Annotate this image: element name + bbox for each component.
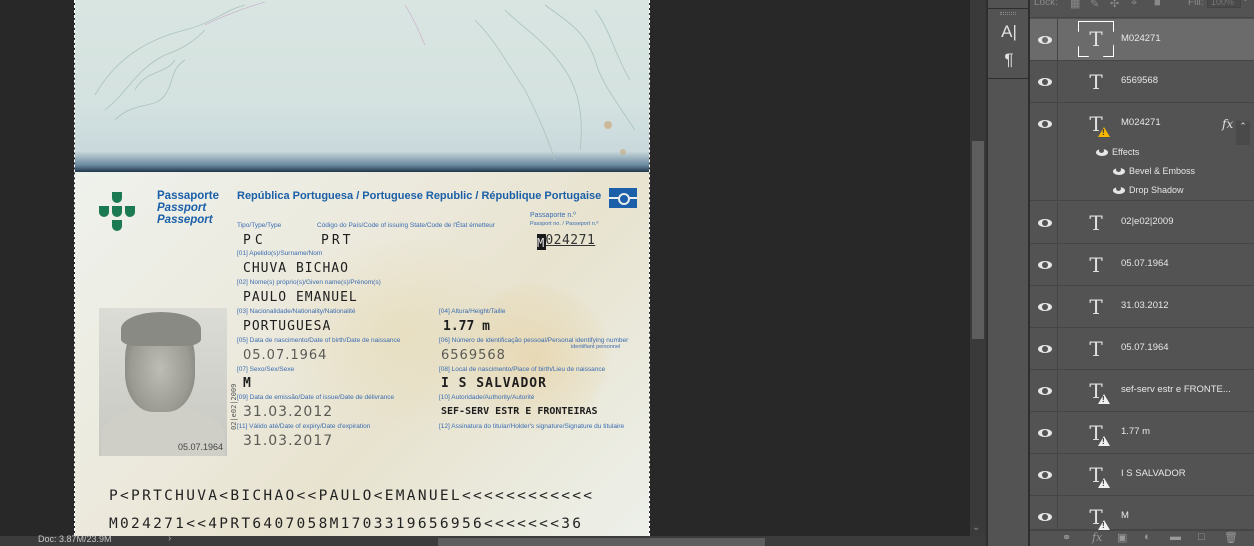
layer-name[interactable]: M024271 [1121, 117, 1161, 128]
lock-all-icon[interactable]: ■ [1154, 0, 1161, 9]
scroll-down-icon[interactable]: ⌄ [972, 522, 980, 533]
sex-value: M [243, 376, 252, 391]
divider [988, 8, 1028, 9]
pid-label: [06] Número de identificação pessoal/Per… [439, 337, 628, 344]
text-layer-icon: T [1086, 505, 1106, 529]
mrz-line-1: P<PRTCHUVA<BICHAO<<PAULO<EMANUEL<<<<<<<<… [109, 488, 594, 504]
dob-value: 05.07.1964 [243, 348, 327, 363]
layer-row[interactable]: T I S SALVADOR [1030, 454, 1254, 496]
layers-bottom-toolbar: ⚭ fx ▣ ◐ ▬ □ 🗑 [1030, 530, 1254, 546]
layer-name[interactable]: 02|e02|2009 [1121, 216, 1174, 227]
text-layer-icon: T [1086, 253, 1106, 277]
lock-transparent-pixels-icon[interactable]: ▦ [1070, 0, 1080, 10]
text-layer-icon: T [1078, 21, 1114, 57]
adjustment-icon[interactable]: ◐ [1144, 531, 1151, 543]
surname-value: CHUVA BICHAO [243, 261, 349, 276]
canvas-area[interactable]: Passaporte Passport Passeport República … [0, 0, 970, 536]
visibility-toggle[interactable] [1030, 61, 1058, 102]
title-pt: Passaporte [157, 190, 219, 202]
eye-icon[interactable] [1038, 219, 1052, 227]
canvas-vertical-scrollbar[interactable]: ⌄ [970, 0, 986, 536]
eye-icon[interactable] [1038, 345, 1052, 353]
floral-watermark [75, 0, 650, 172]
nationality-value: PORTUGUESA [243, 319, 331, 334]
drag-grip-icon[interactable] [1000, 12, 1016, 15]
layer-name[interactable]: I S SALVADOR [1121, 468, 1186, 479]
eye-icon[interactable] [1038, 78, 1052, 86]
dob-label: [05] Data de nascimento/Date of birth/Da… [237, 337, 400, 344]
layer-row[interactable]: T 02|e02|2009 [1030, 202, 1254, 244]
surname-label: [01] Apelido(s)/Surname/Nom [237, 250, 322, 257]
layer-row[interactable]: T 6569568 [1030, 61, 1254, 103]
authority-label: [10] Autoridade/Authority/Autorité [439, 394, 534, 401]
passport-no-label: Passaporte n.º [530, 212, 576, 219]
eye-icon[interactable] [1038, 471, 1052, 479]
eye-icon[interactable] [1038, 513, 1052, 521]
nationality-label: [03] Nacionalidade/Nationality/Nationali… [237, 308, 356, 315]
effects-label: Effects [1112, 147, 1139, 157]
authority-value: SEF-SERV ESTR E FRONTEIRAS [441, 406, 598, 417]
scrollbar-thumb[interactable] [972, 141, 984, 339]
fill-label: Fill: [1188, 0, 1204, 8]
fill-dropdown-icon[interactable]: ⌄ [1242, 0, 1254, 8]
passport-document[interactable]: Passaporte Passport Passeport República … [74, 0, 650, 536]
layers-panel: Lock: ▦ ✎ ✣ ⌖ ■ Fill: 100% ⌄ T M024271 T… [1030, 0, 1254, 546]
warning-icon [1098, 394, 1110, 404]
visibility-toggle[interactable] [1030, 370, 1058, 411]
type-value: PC [243, 233, 267, 248]
layer-row[interactable]: T sef-serv estr e FRONTE... [1030, 370, 1254, 412]
layer-row[interactable]: T 05.07.1964 [1030, 244, 1254, 286]
layer-row[interactable]: T M [1030, 496, 1254, 530]
vertical-number: 02|e02|2009 [230, 384, 238, 430]
title-fr: Passeport [157, 214, 219, 226]
layer-name[interactable]: 31.03.2012 [1121, 300, 1169, 311]
text-layer-icon: T [1086, 421, 1106, 445]
photoshop-window: Passaporte Passport Passeport República … [0, 0, 1254, 546]
passport-data-page: Passaporte Passport Passeport República … [75, 172, 649, 536]
eye-icon[interactable] [1038, 36, 1052, 44]
text-layer-icon: T [1086, 463, 1106, 487]
eye-icon[interactable] [1096, 149, 1108, 156]
passport-title: Passaporte Passport Passeport [157, 190, 219, 226]
new-layer-icon[interactable]: □ [1198, 531, 1205, 543]
title-en: Passport [157, 202, 219, 214]
visibility-toggle[interactable] [1030, 328, 1058, 369]
warning-icon [1098, 127, 1110, 137]
pob-label: [08] Local de nascimento/Place of birth/… [439, 366, 605, 373]
panel-dock-strip: A| ¶ [986, 0, 1030, 546]
warning-icon [1098, 520, 1110, 530]
visibility-toggle[interactable] [1030, 202, 1058, 243]
chip-symbol-icon [609, 188, 637, 208]
expiry-label: [11] Válido até/Date of expiry/Date d'ex… [237, 423, 370, 430]
fx-icon[interactable]: fx [1092, 531, 1102, 544]
status-menu-chevron-icon[interactable]: › [168, 533, 171, 544]
given-name-label: [02] Nome(s) próprio(s)/Given name(s)/Pr… [237, 279, 381, 286]
layer-row[interactable]: T 31.03.2012 [1030, 286, 1254, 328]
layer-name[interactable]: M024271 [1121, 33, 1161, 44]
given-name-value: PAULO EMANUEL [243, 290, 358, 305]
passport-no-sublabel: Passport no. / Passeport n.º [530, 221, 598, 227]
warning-icon [1098, 436, 1110, 446]
folder-icon[interactable]: ▬ [1170, 531, 1181, 543]
paragraph-panel-icon[interactable]: ¶ [996, 50, 1022, 72]
height-label: [04] Altura/Height/Taille [439, 308, 505, 315]
visibility-toggle[interactable] [1030, 412, 1058, 453]
photo-date: 05.07.1964 [178, 442, 223, 452]
height-value: 1.77 m [443, 319, 490, 334]
effect-bevel-emboss[interactable]: Bevel & Emboss [1113, 166, 1195, 176]
pid-sublabel: identifiant personnel [571, 344, 620, 350]
text-layer-icon: T [1086, 295, 1106, 319]
fill-input[interactable]: 100% [1207, 0, 1241, 8]
mrz-line-2: M024271<<4PRT6407058M1703319656956<<<<<<… [109, 516, 583, 532]
layer-name[interactable]: 6569568 [1121, 75, 1158, 86]
effect-drop-shadow[interactable]: Drop Shadow [1113, 185, 1184, 195]
layer-row[interactable]: T M024271 [1030, 19, 1254, 61]
lock-image-pixels-icon[interactable]: ✎ [1090, 0, 1099, 10]
text-cursor-selection: M [537, 234, 546, 250]
warning-icon [1098, 478, 1110, 488]
trash-icon[interactable]: 🗑 [1224, 531, 1238, 544]
visibility-toggle[interactable] [1030, 454, 1058, 495]
layer-row[interactable]: T 1.77 m [1030, 412, 1254, 454]
collapse-effects-icon[interactable]: ⌃ [1236, 121, 1250, 145]
layer-name[interactable]: 05.07.1964 [1121, 258, 1169, 269]
visibility-toggle[interactable] [1030, 496, 1058, 529]
text-layer-icon: T [1086, 379, 1106, 403]
expiry-value: 31.03.2017 [243, 433, 333, 449]
eye-icon[interactable] [1038, 261, 1052, 269]
layer-name[interactable]: sef-serv estr e FRONTE... [1121, 384, 1231, 395]
text-layer-icon: T [1086, 112, 1106, 136]
lock-position-icon[interactable]: ✣ [1110, 0, 1119, 10]
text-layer-icon: T [1086, 211, 1106, 235]
photo-hair [121, 312, 201, 346]
eye-icon[interactable] [1113, 187, 1125, 194]
visibility-toggle[interactable] [1030, 286, 1058, 327]
issue-date-label: [09] Data de emissão/Date of issue/Date … [237, 394, 394, 401]
country-label: Código do País/Code of issuing State/Cod… [317, 222, 495, 229]
holder-photo: 05.07.1964 [99, 308, 227, 456]
selected-char: M [537, 236, 544, 250]
eye-icon[interactable] [1038, 387, 1052, 395]
text-layer-icon: T [1086, 337, 1106, 361]
divider [988, 78, 1028, 79]
effect-label: Bevel & Emboss [1129, 166, 1195, 176]
portugal-emblem-icon [99, 192, 135, 248]
country-value: PRT [321, 233, 353, 248]
eye-icon[interactable] [1038, 429, 1052, 437]
layer-name[interactable]: 05.07.1964 [1121, 342, 1169, 353]
lock-artboard-icon[interactable]: ⌖ [1131, 0, 1137, 10]
pob-value: I S SALVADOR [441, 376, 547, 391]
layer-row[interactable]: T M024271 fx ⌃ Effects Bevel & Emboss Dr… [1030, 103, 1254, 201]
eye-icon[interactable] [1038, 303, 1052, 311]
passport-visa-page [75, 0, 649, 172]
type-label: Tipo/Type/Type [237, 222, 281, 229]
lock-bar: Lock: ▦ ✎ ✣ ⌖ ■ Fill: 100% ⌄ [1030, 0, 1254, 18]
effects-header[interactable]: Effects [1096, 147, 1139, 157]
layer-name[interactable]: M [1121, 510, 1129, 521]
eye-icon[interactable] [1038, 120, 1052, 128]
effect-label: Drop Shadow [1129, 185, 1184, 195]
sex-label: [07] Sexo/Sex/Sexe [237, 366, 294, 373]
visibility-toggle[interactable] [1030, 19, 1058, 60]
issue-date-value: 31.03.2012 [243, 404, 333, 420]
mask-icon[interactable]: ▣ [1117, 531, 1127, 544]
eye-icon[interactable] [1113, 168, 1125, 175]
doc-size-info[interactable]: Doc: 3.87M/23.9M [38, 534, 112, 544]
lock-label: Lock: [1034, 0, 1058, 8]
link-icon[interactable]: ⚭ [1062, 531, 1071, 544]
pid-value: 6569568 [441, 348, 506, 363]
visibility-toggle[interactable] [1030, 103, 1058, 200]
character-panel-icon[interactable]: A| [996, 22, 1022, 44]
visibility-toggle[interactable] [1030, 244, 1058, 285]
text-layer-icon: T [1086, 70, 1106, 94]
signature-label: [12] Assinatura do titular/Holder's sign… [439, 423, 624, 430]
layer-row[interactable]: T 05.07.1964 [1030, 328, 1254, 370]
republic-heading: República Portuguesa / Portuguese Republ… [237, 190, 601, 202]
canvas-horizontal-scrollbar[interactable] [438, 538, 765, 546]
layer-name[interactable]: 1.77 m [1121, 426, 1150, 437]
fx-icon[interactable]: fx [1222, 117, 1233, 131]
